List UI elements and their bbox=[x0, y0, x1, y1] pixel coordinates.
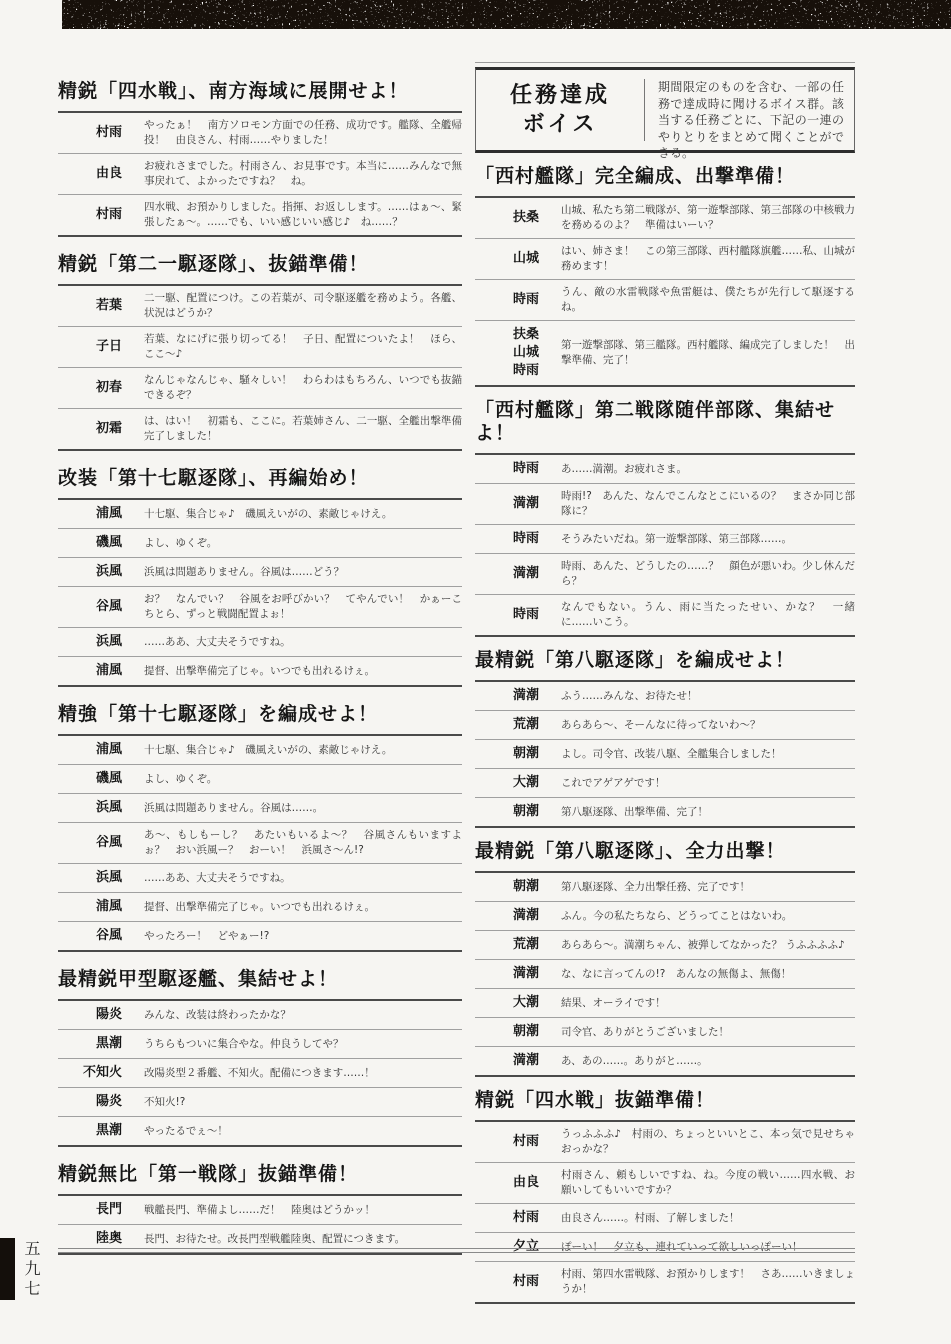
dialogue-text: うっふふふ♪ 村雨の、ちょっといいとこ、本っ気で見せちゃおっかな？ bbox=[561, 1127, 855, 1157]
table-row: 時雨 なんでもない。うん、雨に当たったせい、かな？ 一緒に……いこう。 bbox=[475, 595, 855, 635]
section-title: 最精鋭「第八駆逐隊」を編成せよ！ bbox=[475, 649, 855, 672]
table-row: 由良 村雨さん、頼もしいですね、ね。今度の戦い……四水戦、お願いしてもいいですか… bbox=[475, 1163, 855, 1204]
dialogue-text: な、なに言ってんの!? あんなの無傷よ、無傷！ bbox=[561, 967, 855, 982]
guidebook-page: 精鋭「四水戦」、南方海域に展開せよ！ 村雨 やったぁ！ 南方ソロモン方面での任務… bbox=[0, 0, 951, 1344]
speaker-name: 荒潮 bbox=[475, 936, 539, 954]
speaker-name: 時雨 bbox=[475, 530, 539, 548]
dialogue-text: 提督、出撃準備完了じゃ。いつでも出れるけぇ。 bbox=[144, 664, 462, 679]
quest-section: 精鋭「四水戦」、南方海域に展開せよ！ 村雨 やったぁ！ 南方ソロモン方面での任務… bbox=[58, 80, 462, 237]
right-column: 任務達成 ボイス 期間限定のものを含む、一部の任務で達成時に聞けるボイス群。該当… bbox=[475, 63, 855, 1304]
speaker-name: 村雨 bbox=[475, 1133, 539, 1151]
speaker-name: 満潮 bbox=[475, 965, 539, 983]
speaker-name: 浦風 bbox=[58, 898, 122, 916]
dialogue-text: あ〜、もしもーし？ あたいもいるよ〜？ 谷風さんもいますよぉ？ おい浜風ー？ お… bbox=[144, 828, 462, 858]
table-row: 満潮 時雨、あんた、どうしたの……？ 顔色が悪いわ。少し休んだら？ bbox=[475, 554, 855, 595]
section-title: 精鋭「四水戦」抜錨準備！ bbox=[475, 1089, 855, 1112]
table-row: 朝潮 司令官、ありがとうございました！ bbox=[475, 1018, 855, 1047]
dialogue-text: 四水戦、お預かりしました。指揮、お返しします。……はぁ〜、緊張したぁ〜。……でも… bbox=[144, 200, 462, 230]
dialogue-text: 不知火!? bbox=[144, 1095, 462, 1110]
dialogue-text: うちらもついに集合やな。仲良うしてや？ bbox=[144, 1037, 462, 1052]
speaker-name: 陽炎 bbox=[58, 1006, 122, 1024]
table-row: 浦風 十七駆、集合じゃ♪ 磯風えいがの、素敵じゃけえ。 bbox=[58, 736, 462, 765]
speaker-name: 長門 bbox=[58, 1201, 122, 1219]
table-row: 扶桑 山城、私たち第二戦隊が、第一遊撃部隊、第三部隊の中核戦力を務めるのよ？ 準… bbox=[475, 198, 855, 239]
quest-section: 「西村艦隊」完全編成、出撃準備！ 扶桑 山城、私たち第二戦隊が、第一遊撃部隊、第… bbox=[475, 165, 855, 387]
table-row: 若葉 二一駆、配置につけ。この若葉が、司令駆逐艦を務めよう。各艦、状況はどうか？ bbox=[58, 286, 462, 327]
speaker-name: 時雨 bbox=[475, 460, 539, 478]
table-row: 長門 戦艦長門、準備よし……だ！ 陸奥はどうかッ！ bbox=[58, 1196, 462, 1225]
dialogue-table: 村雨 うっふふふ♪ 村雨の、ちょっといいとこ、本っ気で見せちゃおっかな？ 由良 … bbox=[475, 1120, 855, 1304]
speaker-name: 初霜 bbox=[58, 420, 122, 438]
dialogue-text: 山城、私たち第二戦隊が、第一遊撃部隊、第三部隊の中核戦力を務めるのよ？ 準備はい… bbox=[561, 203, 855, 233]
dialogue-text: 時雨、あんた、どうしたの……？ 顔色が悪いわ。少し休んだら？ bbox=[561, 559, 855, 589]
dialogue-text: 結果、オーライです！ bbox=[561, 996, 855, 1011]
speaker-name: 若葉 bbox=[58, 297, 122, 315]
speaker-name: 満潮 bbox=[475, 1052, 539, 1070]
table-row: 陽炎 不知火!? bbox=[58, 1088, 462, 1117]
dialogue-table: 浦風 十七駆、集合じゃ♪ 磯風えいがの、素敵じゃけえ。 磯風 よし、ゆくぞ。 浜… bbox=[58, 498, 462, 687]
quest-section: 精強「第十七駆逐隊」を編成せよ！ 浦風 十七駆、集合じゃ♪ 磯風えいがの、素敵じ… bbox=[58, 703, 462, 952]
info-box-description: 期間限定のものを含む、一部の任務で達成時に聞けるボイス群。該当する任務ごとに、下… bbox=[645, 70, 854, 150]
table-row: 時雨 そうみたいだね。第一遊撃部隊、第三部隊……。 bbox=[475, 525, 855, 554]
table-row: 黒潮 うちらもついに集合やな。仲良うしてや？ bbox=[58, 1030, 462, 1059]
speaker-name: 満潮 bbox=[475, 565, 539, 583]
section-title: 精強「第十七駆逐隊」を編成せよ！ bbox=[58, 703, 462, 726]
dialogue-text: やったろー！ どやぁー!? bbox=[144, 929, 462, 944]
dialogue-text: 戦艦長門、準備よし……だ！ 陸奥はどうかッ！ bbox=[144, 1203, 462, 1218]
dialogue-text: ふう……みんな、お待たせ！ bbox=[561, 689, 855, 704]
table-row: 村雨 四水戦、お預かりしました。指揮、お返しします。……はぁ〜、緊張したぁ〜。…… bbox=[58, 195, 462, 235]
dialogue-text: なんでもない。うん、雨に当たったせい、かな？ 一緒に……いこう。 bbox=[561, 600, 855, 630]
table-row: 大潮 これでアゲアゲです！ bbox=[475, 769, 855, 798]
dialogue-text: よし、ゆくぞ。 bbox=[144, 772, 462, 787]
info-box-title-line2: ボイス bbox=[523, 110, 598, 139]
dialogue-text: ……ああ、大丈夫そうですね。 bbox=[144, 635, 462, 650]
speaker-name: 由良 bbox=[475, 1174, 539, 1192]
speaker-name: 村雨 bbox=[58, 206, 122, 224]
table-row: 村雨 やったぁ！ 南方ソロモン方面での任務、成功です。艦隊、全艦帰投！ 由良さん… bbox=[58, 113, 462, 154]
speaker-name: 時雨 bbox=[475, 606, 539, 624]
table-row: 朝潮 第八駆逐隊、全力出撃任務、完了です！ bbox=[475, 873, 855, 902]
table-row: 山城 はい、姉さま！ この第三部隊、西村艦隊旗艦……私、山城が務めます！ bbox=[475, 239, 855, 280]
dialogue-text: あらあら〜、そーんなに待ってないわ〜？ bbox=[561, 718, 855, 733]
dialogue-text: 村雨、第四水雷戦隊、お預かりします！ さあ……いきましょうか！ bbox=[561, 1267, 855, 1297]
speaker-name: 浦風 bbox=[58, 662, 122, 680]
speaker-name: 谷風 bbox=[58, 834, 122, 852]
dialogue-table: 満潮 ふう……みんな、お待たせ！ 荒潮 あらあら〜、そーんなに待ってないわ〜？ … bbox=[475, 680, 855, 828]
speaker-name: 大潮 bbox=[475, 774, 539, 792]
table-row: 浦風 十七駆、集合じゃ♪ 磯風えいがの、素敵じゃけえ。 bbox=[58, 500, 462, 529]
info-box-title-line1: 任務達成 bbox=[510, 81, 610, 110]
dialogue-text: なんじゃなんじゃ、騒々しい！ わらわはもちろん、いつでも抜錨できるぞ？ bbox=[144, 373, 462, 403]
section-title: 精鋭無比「第一戦隊」抜錨準備！ bbox=[58, 1163, 462, 1186]
table-row: 浦風 提督、出撃準備完了じゃ。いつでも出れるけぇ。 bbox=[58, 657, 462, 685]
dialogue-text: そうみたいだね。第一遊撃部隊、第三部隊……。 bbox=[561, 532, 855, 547]
speaker-name: 由良 bbox=[58, 165, 122, 183]
speaker-name: 黒潮 bbox=[58, 1035, 122, 1053]
speaker-name: 扶桑 bbox=[475, 209, 539, 227]
dialogue-text: 時雨!? あんた、なんでこんなとこにいるの？ まさか同じ部隊に？ bbox=[561, 489, 855, 519]
info-box-title: 任務達成 ボイス bbox=[476, 70, 644, 150]
page-number: 五九七 bbox=[20, 1240, 43, 1300]
table-row: 初春 なんじゃなんじゃ、騒々しい！ わらわはもちろん、いつでも抜錨できるぞ？ bbox=[58, 368, 462, 409]
dialogue-text: 提督、出撃準備完了じゃ。いつでも出れるけぇ。 bbox=[144, 900, 462, 915]
table-row: 浜風 浜風は問題ありません。谷風は……。 bbox=[58, 794, 462, 823]
speaker-name: 陸奥 bbox=[58, 1230, 122, 1248]
left-column: 精鋭「四水戦」、南方海域に展開せよ！ 村雨 やったぁ！ 南方ソロモン方面での任務… bbox=[58, 64, 462, 1255]
dialogue-table: 若葉 二一駆、配置につけ。この若葉が、司令駆逐艦を務めよう。各艦、状況はどうか？… bbox=[58, 284, 462, 451]
dialogue-text: お疲れさまでした。村雨さん、お見事です。本当に……みんなで無事戻れて、よかったで… bbox=[144, 159, 462, 189]
table-row: 村雨 うっふふふ♪ 村雨の、ちょっといいとこ、本っ気で見せちゃおっかな？ bbox=[475, 1122, 855, 1163]
info-box: 任務達成 ボイス 期間限定のものを含む、一部の任務で達成時に聞けるボイス群。該当… bbox=[475, 67, 855, 153]
speaker-name: 磯風 bbox=[58, 534, 122, 552]
table-row: 村雨 村雨、第四水雷戦隊、お預かりします！ さあ……いきましょうか！ bbox=[475, 1262, 855, 1302]
quest-section: 最精鋭甲型駆逐艦、集結せよ！ 陽炎 みんな、改装は終わったかな？ 黒潮 うちらも… bbox=[58, 968, 462, 1147]
quest-section: 精鋭無比「第一戦隊」抜錨準備！ 長門 戦艦長門、準備よし……だ！ 陸奥はどうかッ… bbox=[58, 1163, 462, 1255]
dialogue-table: 時雨 あ……満潮。お疲れさま。 満潮 時雨!? あんた、なんでこんなとこにいるの… bbox=[475, 453, 855, 637]
dialogue-text: 村雨さん、頼もしいですね、ね。今度の戦い……四水戦、お願いしてもいいですか？ bbox=[561, 1168, 855, 1198]
section-title: 精鋭「第二一駆逐隊」、抜錨準備！ bbox=[58, 253, 462, 276]
speaker-name: 不知火 bbox=[58, 1064, 122, 1082]
dialogue-text: 第八駆逐隊、全力出撃任務、完了です！ bbox=[561, 880, 855, 895]
speaker-name: 初春 bbox=[58, 379, 122, 397]
speaker-name: 浜風 bbox=[58, 869, 122, 887]
quest-section: 精鋭「四水戦」抜錨準備！ 村雨 うっふふふ♪ 村雨の、ちょっといいとこ、本っ気で… bbox=[475, 1089, 855, 1304]
dialogue-text: 若葉、なにげに張り切ってる！ 子日、配置についたよ！ ほら、ここ〜♪ bbox=[144, 332, 462, 362]
dialogue-text: 十七駆、集合じゃ♪ 磯風えいがの、素敵じゃけえ。 bbox=[144, 507, 462, 522]
dialogue-text: あらあら〜。満潮ちゃん、被弾してなかった？ うふふふふ♪ bbox=[561, 938, 855, 953]
speaker-name: 村雨 bbox=[475, 1273, 539, 1291]
dialogue-text: うん、敵の水雷戦隊や魚雷艇は、僕たちが先行して駆逐するね。 bbox=[561, 285, 855, 315]
dialogue-text: よし、ゆくぞ。 bbox=[144, 536, 462, 551]
table-row: 荒潮 あらあら〜。満潮ちゃん、被弾してなかった？ うふふふふ♪ bbox=[475, 931, 855, 960]
table-row: 黒潮 やったるでぇ〜！ bbox=[58, 1117, 462, 1145]
dialogue-text: 二一駆、配置につけ。この若葉が、司令駆逐艦を務めよう。各艦、状況はどうか？ bbox=[144, 291, 462, 321]
dialogue-text: 長門、お待たせ。改長門型戦艦陸奥、配置につきます。 bbox=[144, 1232, 462, 1247]
speaker-name: 浜風 bbox=[58, 563, 122, 581]
section-title: 最精鋭「第八駆逐隊」、全力出撃！ bbox=[475, 840, 855, 863]
speaker-name: 谷風 bbox=[58, 927, 122, 945]
dialogue-text: あ、あの……。ありがと……。 bbox=[561, 1054, 855, 1069]
dialogue-table: 村雨 やったぁ！ 南方ソロモン方面での任務、成功です。艦隊、全艦帰投！ 由良さん… bbox=[58, 111, 462, 237]
speaker-name: 大潮 bbox=[475, 994, 539, 1012]
dialogue-text: 由良さん……。村雨、了解しました！ bbox=[561, 1211, 855, 1226]
quest-section: 「西村艦隊」第二戦隊随伴部隊、集結せよ！ 時雨 あ……満潮。お疲れさま。 満潮 … bbox=[475, 399, 855, 637]
table-row: 大潮 結果、オーライです！ bbox=[475, 989, 855, 1018]
section-title: 改装「第十七駆逐隊」、再編始め！ bbox=[58, 467, 462, 490]
dialogue-table: 浦風 十七駆、集合じゃ♪ 磯風えいがの、素敵じゃけえ。 磯風 よし、ゆくぞ。 浜… bbox=[58, 734, 462, 952]
speaker-name: 満潮 bbox=[475, 907, 539, 925]
speaker-name: 子日 bbox=[58, 338, 122, 356]
dialogue-text: お？ なんでい？ 谷風をお呼びかい？ てやんでい！ かぁーこちとら、ずっと戦闘配… bbox=[144, 592, 462, 622]
speaker-name: 浦風 bbox=[58, 741, 122, 759]
dialogue-text: やったぁ！ 南方ソロモン方面での任務、成功です。艦隊、全艦帰投！ 由良さん、村雨… bbox=[144, 118, 462, 148]
dialogue-text: はい、姉さま！ この第三部隊、西村艦隊旗艦……私、山城が務めます！ bbox=[561, 244, 855, 274]
table-row: 陽炎 みんな、改装は終わったかな？ bbox=[58, 1001, 462, 1030]
speaker-name: 朝潮 bbox=[475, 745, 539, 763]
speaker-name: 扶桑 山城 時雨 bbox=[475, 326, 539, 380]
table-row: 磯風 よし、ゆくぞ。 bbox=[58, 765, 462, 794]
table-row: 村雨 由良さん……。村雨、了解しました！ bbox=[475, 1204, 855, 1233]
dialogue-text: ふん。今の私たちなら、どうってことはないわ。 bbox=[561, 909, 855, 924]
dialogue-text: 改陽炎型２番艦、不知火。配備につきます……！ bbox=[144, 1066, 462, 1081]
banner-noise bbox=[62, 0, 951, 29]
quest-section: 最精鋭「第八駆逐隊」、全力出撃！ 朝潮 第八駆逐隊、全力出撃任務、完了です！ 満… bbox=[475, 840, 855, 1077]
table-row: 浦風 提督、出撃準備完了じゃ。いつでも出れるけぇ。 bbox=[58, 893, 462, 922]
speaker-name: 朝潮 bbox=[475, 878, 539, 896]
table-row: 浜風 ……ああ、大丈夫そうですね。 bbox=[58, 864, 462, 893]
table-row: 谷風 お？ なんでい？ 谷風をお呼びかい？ てやんでい！ かぁーこちとら、ずっと… bbox=[58, 587, 462, 628]
section-title: 最精鋭甲型駆逐艦、集結せよ！ bbox=[58, 968, 462, 991]
page-edge-tab bbox=[0, 1238, 15, 1300]
table-row: 初霜 は、はい！ 初霜も、ここに。若葉姉さん、二一駆、全艦出撃準備完了しました！ bbox=[58, 409, 462, 449]
speaker-name: 山城 bbox=[475, 250, 539, 268]
dialogue-text: 十七駆、集合じゃ♪ 磯風えいがの、素敵じゃけえ。 bbox=[144, 743, 462, 758]
footer-rule bbox=[58, 1248, 855, 1253]
speaker-name: 満潮 bbox=[475, 495, 539, 513]
table-row: 浜風 ……ああ、大丈夫そうですね。 bbox=[58, 628, 462, 657]
table-row: 満潮 あ、あの……。ありがと……。 bbox=[475, 1047, 855, 1075]
quest-section: 最精鋭「第八駆逐隊」を編成せよ！ 満潮 ふう……みんな、お待たせ！ 荒潮 あらあ… bbox=[475, 649, 855, 828]
dialogue-text: あ……満潮。お疲れさま。 bbox=[561, 462, 855, 477]
table-row: 不知火 改陽炎型２番艦、不知火。配備につきます……！ bbox=[58, 1059, 462, 1088]
quest-section: 改装「第十七駆逐隊」、再編始め！ 浦風 十七駆、集合じゃ♪ 磯風えいがの、素敵じ… bbox=[58, 467, 462, 687]
page-top-banner bbox=[62, 0, 951, 29]
table-row: 子日 若葉、なにげに張り切ってる！ 子日、配置についたよ！ ほら、ここ〜♪ bbox=[58, 327, 462, 368]
speaker-name: 谷風 bbox=[58, 598, 122, 616]
table-row: 満潮 ふん。今の私たちなら、どうってことはないわ。 bbox=[475, 902, 855, 931]
speaker-name: 浦風 bbox=[58, 505, 122, 523]
speaker-name: 朝潮 bbox=[475, 803, 539, 821]
dialogue-text: 浜風は問題ありません。谷風は……どう？ bbox=[144, 565, 462, 580]
speaker-name: 陽炎 bbox=[58, 1093, 122, 1111]
table-row: 磯風 よし、ゆくぞ。 bbox=[58, 529, 462, 558]
dialogue-text: よし。司令官、改装八駆、全艦集合しました！ bbox=[561, 747, 855, 762]
dialogue-text: 浜風は問題ありません。谷風は……。 bbox=[144, 801, 462, 816]
section-title: 精鋭「四水戦」、南方海域に展開せよ！ bbox=[58, 80, 462, 103]
dialogue-text: やったるでぇ〜！ bbox=[144, 1124, 462, 1139]
table-row: 谷風 やったろー！ どやぁー!? bbox=[58, 922, 462, 950]
table-row: 朝潮 第八駆逐隊、出撃準備、完了！ bbox=[475, 798, 855, 826]
dialogue-text: ……ああ、大丈夫そうですね。 bbox=[144, 871, 462, 886]
table-row: 由良 お疲れさまでした。村雨さん、お見事です。本当に……みんなで無事戻れて、よか… bbox=[58, 154, 462, 195]
speaker-name: 荒潮 bbox=[475, 716, 539, 734]
dialogue-table: 陽炎 みんな、改装は終わったかな？ 黒潮 うちらもついに集合やな。仲良うしてや？… bbox=[58, 999, 462, 1147]
right-column-sections: 「西村艦隊」完全編成、出撃準備！ 扶桑 山城、私たち第二戦隊が、第一遊撃部隊、第… bbox=[475, 165, 855, 1304]
section-title: 「西村艦隊」完全編成、出撃準備！ bbox=[475, 165, 855, 188]
table-row: 朝潮 よし。司令官、改装八駆、全艦集合しました！ bbox=[475, 740, 855, 769]
table-row: 浜風 浜風は問題ありません。谷風は……どう？ bbox=[58, 558, 462, 587]
speaker-name: 満潮 bbox=[475, 687, 539, 705]
table-row: 満潮 ふう……みんな、お待たせ！ bbox=[475, 682, 855, 711]
dialogue-text: みんな、改装は終わったかな？ bbox=[144, 1008, 462, 1023]
speaker-name: 浜風 bbox=[58, 633, 122, 651]
table-row: 荒潮 あらあら〜、そーんなに待ってないわ〜？ bbox=[475, 711, 855, 740]
table-row: 谷風 あ〜、もしもーし？ あたいもいるよ〜？ 谷風さんもいますよぉ？ おい浜風ー… bbox=[58, 823, 462, 864]
speaker-name: 村雨 bbox=[475, 1209, 539, 1227]
dialogue-text: 第八駆逐隊、出撃準備、完了！ bbox=[561, 805, 855, 820]
speaker-name: 浜風 bbox=[58, 799, 122, 817]
dialogue-text: 司令官、ありがとうございました！ bbox=[561, 1025, 855, 1040]
speaker-name: 磯風 bbox=[58, 770, 122, 788]
dialogue-table: 扶桑 山城、私たち第二戦隊が、第一遊撃部隊、第三部隊の中核戦力を務めるのよ？ 準… bbox=[475, 196, 855, 387]
speaker-name: 時雨 bbox=[475, 291, 539, 309]
table-row: 扶桑 山城 時雨 第一遊撃部隊、第三艦隊。西村艦隊、編成完了しました！ 出撃準備… bbox=[475, 321, 855, 385]
dialogue-text: は、はい！ 初霜も、ここに。若葉姉さん、二一駆、全艦出撃準備完了しました！ bbox=[144, 414, 462, 444]
speaker-name: 黒潮 bbox=[58, 1122, 122, 1140]
dialogue-table: 長門 戦艦長門、準備よし……だ！ 陸奥はどうかッ！ 陸奥 長門、お待たせ。改長門… bbox=[58, 1194, 462, 1255]
section-title: 「西村艦隊」第二戦隊随伴部隊、集結せよ！ bbox=[475, 399, 855, 445]
table-row: 満潮 時雨!? あんた、なんでこんなとこにいるの？ まさか同じ部隊に？ bbox=[475, 484, 855, 525]
table-row: 満潮 な、なに言ってんの!? あんなの無傷よ、無傷！ bbox=[475, 960, 855, 989]
speaker-name: 夕立 bbox=[475, 1238, 539, 1256]
speaker-name: 朝潮 bbox=[475, 1023, 539, 1041]
dialogue-text: これでアゲアゲです！ bbox=[561, 776, 855, 791]
speaker-name: 村雨 bbox=[58, 124, 122, 142]
dialogue-text: 第一遊撃部隊、第三艦隊。西村艦隊、編成完了しました！ 出撃準備、完了！ bbox=[561, 338, 855, 368]
dialogue-table: 朝潮 第八駆逐隊、全力出撃任務、完了です！ 満潮 ふん。今の私たちなら、どうって… bbox=[475, 871, 855, 1077]
table-row: 時雨 うん、敵の水雷戦隊や魚雷艇は、僕たちが先行して駆逐するね。 bbox=[475, 280, 855, 321]
table-row: 時雨 あ……満潮。お疲れさま。 bbox=[475, 455, 855, 484]
quest-section: 精鋭「第二一駆逐隊」、抜錨準備！ 若葉 二一駆、配置につけ。この若葉が、司令駆逐… bbox=[58, 253, 462, 451]
